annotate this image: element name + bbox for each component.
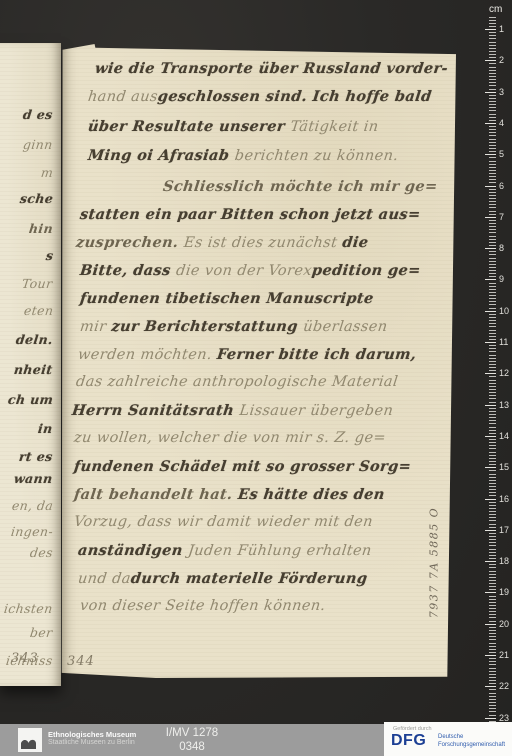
ruler-minor-tick — [489, 693, 496, 694]
ruler-minor-tick — [489, 517, 496, 518]
ruler-minor-tick — [489, 98, 496, 99]
ruler-minor-tick — [489, 42, 496, 43]
ruler-minor-tick — [489, 229, 496, 230]
ruler-minor-tick — [489, 176, 496, 177]
ruler-minor-tick — [489, 364, 496, 365]
dfg-funding-block: Gefördert durch DFG Deutsche Forschungsg… — [384, 722, 512, 756]
ruler-minor-tick — [489, 192, 496, 193]
ruler-minor-tick — [489, 596, 496, 597]
ruler-minor-tick — [489, 671, 496, 672]
ruler-minor-tick — [489, 182, 496, 183]
ruler-minor-tick — [489, 439, 496, 440]
manuscript-line: Schliesslich möchte ich mir ge= — [162, 178, 439, 195]
previous-page-text-fragment: deln. — [15, 332, 54, 347]
ruler-major-tick — [485, 92, 496, 93]
ruler-minor-tick — [489, 539, 496, 540]
ruler-minor-tick — [489, 392, 496, 393]
manuscript-line: zusprechen. Es ist dies zunächst die — [75, 234, 370, 251]
ruler-minor-tick — [489, 549, 496, 550]
previous-page-text-fragment: m — [40, 165, 54, 180]
ruler-tick-label: 7 — [499, 212, 512, 222]
manuscript-text-segment: über Resultate unserer — [87, 118, 291, 135]
ruler-minor-tick — [489, 317, 496, 318]
manuscript-text-segment: statten ein paar Bitten schon jetzt aus= — [79, 206, 422, 223]
ruler-minor-tick — [489, 586, 496, 587]
ruler-tick-label: 10 — [499, 306, 512, 316]
previous-page-text-fragment: ber — [30, 625, 54, 640]
manuscript-line: werden möchten. Ferner bitte ich darum, — [77, 346, 418, 363]
ruler-minor-tick — [489, 474, 496, 475]
ruler-minor-tick — [489, 448, 496, 449]
previous-page-text-fragment: wann — [13, 471, 53, 486]
manuscript-line: mir zur Berichterstattung überlassen — [79, 318, 389, 335]
ruler-minor-tick — [489, 232, 496, 233]
ruler-minor-tick — [489, 639, 496, 640]
ruler-minor-tick — [489, 495, 496, 496]
manuscript-text-segment: Schliesslich möchte ich mir ge= — [162, 178, 439, 195]
ruler-major-tick — [485, 561, 496, 562]
manuscript-line: hand ausgeschlossen sind. Ich hoffe bald — [87, 88, 433, 105]
ruler-minor-tick — [489, 483, 496, 484]
ruler-minor-tick — [489, 630, 496, 631]
previous-page-text-fragment: en, da — [11, 498, 54, 513]
ruler-minor-tick — [489, 132, 496, 133]
ruler-minor-tick — [489, 689, 496, 690]
ruler-minor-tick — [489, 170, 496, 171]
ruler-minor-tick — [489, 621, 496, 622]
ruler-minor-tick — [489, 455, 496, 456]
ruler-minor-tick — [489, 452, 496, 453]
ruler-major-tick — [485, 467, 496, 468]
ruler-tick-label: 3 — [499, 87, 512, 97]
previous-page-text-fragment: des — [29, 545, 54, 560]
ruler-major-tick — [485, 154, 496, 155]
previous-page-text-fragment: ingen- — [10, 524, 54, 539]
ruler-minor-tick — [489, 470, 496, 471]
ruler-minor-tick — [489, 533, 496, 534]
ruler-minor-tick — [489, 220, 496, 221]
dfg-logo: DFG — [391, 732, 426, 750]
ruler-minor-tick — [489, 292, 496, 293]
manuscript-text-segment: zu wollen, welcher die von mir s. Z. ge= — [73, 430, 387, 446]
ruler-minor-tick — [489, 461, 496, 462]
ruler-minor-tick — [489, 245, 496, 246]
ruler-major-tick — [485, 248, 496, 249]
ruler-minor-tick — [489, 408, 496, 409]
previous-page-edge: d esginnmschehinsTouretendeln.nheitch um… — [0, 43, 61, 686]
manuscript-text-segment: Es ist dies zunächst — [183, 235, 343, 251]
ruler-minor-tick — [489, 35, 496, 36]
manuscript-text-segment: Juden Fühlung erhalten — [187, 543, 373, 559]
previous-page-text-fragment: eten — [23, 303, 54, 318]
manuscript-text-segment: Es hätte dies den — [237, 486, 386, 503]
ruler-minor-tick — [489, 389, 496, 390]
ruler-minor-tick — [489, 376, 496, 377]
ruler-minor-tick — [489, 680, 496, 681]
ruler-minor-tick — [489, 420, 496, 421]
ruler-minor-tick — [489, 577, 496, 578]
manuscript-line: falt behandelt hat. Es hätte dies den — [73, 486, 386, 503]
manuscript-line: anständigen Juden Fühlung erhalten — [77, 542, 373, 559]
ruler-minor-tick — [489, 63, 496, 64]
ruler-minor-tick — [489, 223, 496, 224]
ruler-minor-tick — [489, 699, 496, 700]
ruler-minor-tick — [489, 505, 496, 506]
ruler-minor-tick — [489, 258, 496, 259]
manuscript-text-segment: von dieser Seite hoffen können. — [79, 598, 327, 614]
ruler-major-tick — [485, 60, 496, 61]
manuscript-text-segment: die — [341, 234, 369, 251]
ruler-minor-tick — [489, 383, 496, 384]
manuscript-text-segment: hand aus — [87, 89, 159, 105]
ruler-minor-tick — [489, 295, 496, 296]
manuscript-text-segment: durch materielle Förderung — [130, 570, 369, 587]
ruler-major-tick — [485, 718, 496, 719]
previous-page-text-fragment: Tour — [22, 276, 54, 291]
manuscript-text-segment: Vorzug, dass wir damit wieder mit den — [73, 514, 374, 530]
previous-page-text-fragment: hin — [28, 221, 54, 236]
ruler-minor-tick — [489, 702, 496, 703]
manuscript-text-segment: geschlossen sind. Ich hoffe bald — [157, 88, 433, 105]
ruler-minor-tick — [489, 254, 496, 255]
ruler-minor-tick — [489, 636, 496, 637]
ruler-tick-label: 4 — [499, 118, 512, 128]
ruler-tick-label: 19 — [499, 587, 512, 597]
ruler-minor-tick — [489, 161, 496, 162]
ruler-major-tick — [485, 405, 496, 406]
ruler-major-tick — [485, 592, 496, 593]
ruler-minor-tick — [489, 345, 496, 346]
ruler-minor-tick — [489, 348, 496, 349]
ruler-minor-tick — [489, 107, 496, 108]
ruler-minor-tick — [489, 167, 496, 168]
ruler-minor-tick — [489, 336, 496, 337]
ruler-minor-tick — [489, 273, 496, 274]
manuscript-line: fundenen tibetischen Manuscripte — [79, 290, 375, 307]
ruler-minor-tick — [489, 370, 496, 371]
ruler-minor-tick — [489, 536, 496, 537]
ruler-minor-tick — [489, 442, 496, 443]
dfg-name-line2: Forschungsgemeinschaft — [438, 742, 505, 748]
ruler-tick-label: 13 — [499, 400, 512, 410]
ruler-minor-tick — [489, 333, 496, 334]
manuscript-line: Herrn Sanitätsrath Lissauer übergeben — [71, 402, 394, 419]
manuscript-text-segment: Ming oi Afrasiab — [87, 147, 236, 164]
ruler-major-tick — [485, 373, 496, 374]
ruler-major-tick — [485, 279, 496, 280]
manuscript-line: und dadurch materielle Förderung — [77, 570, 369, 587]
ruler-minor-tick — [489, 351, 496, 352]
manuscript-line: statten ein paar Bitten schon jetzt aus= — [79, 206, 422, 223]
previous-page-text-fragment: ichsten — [3, 601, 54, 616]
ruler-minor-tick — [489, 633, 496, 634]
ruler-minor-tick — [489, 70, 496, 71]
ruler-minor-tick — [489, 326, 496, 327]
ruler-minor-tick — [489, 492, 496, 493]
ruler-minor-tick — [489, 696, 496, 697]
ruler-minor-tick — [489, 458, 496, 459]
ruler-tick-label: 8 — [499, 243, 512, 253]
ruler-tick-label: 11 — [499, 337, 512, 347]
ruler-minor-tick — [489, 38, 496, 39]
ruler-minor-tick — [489, 85, 496, 86]
ruler-minor-tick — [489, 270, 496, 271]
ruler-tick-label: 20 — [499, 619, 512, 629]
ruler-major-tick — [485, 655, 496, 656]
ruler-major-tick — [485, 530, 496, 531]
ruler-minor-tick — [489, 286, 496, 287]
ruler-minor-tick — [489, 151, 496, 152]
ruler-minor-tick — [489, 314, 496, 315]
ruler-minor-tick — [489, 599, 496, 600]
ruler-minor-tick — [489, 627, 496, 628]
ruler-minor-tick — [489, 48, 496, 49]
ruler-major-tick — [485, 624, 496, 625]
ruler-minor-tick — [489, 264, 496, 265]
manuscript-text-segment: Tätigkeit in — [289, 119, 379, 135]
ruler-minor-tick — [489, 45, 496, 46]
ruler-minor-tick — [489, 417, 496, 418]
ruler-minor-tick — [489, 298, 496, 299]
manuscript-text-segment: fundenen tibetischen Manuscripte — [79, 290, 375, 307]
ruler-tick-label: 2 — [499, 55, 512, 65]
manuscript-line: Vorzug, dass wir damit wieder mit den — [73, 514, 374, 530]
previous-page-text-fragment: rt es — [18, 449, 54, 464]
ruler-minor-tick — [489, 276, 496, 277]
dfg-name-line1: Deutsche — [438, 734, 463, 740]
ruler-minor-tick — [489, 527, 496, 528]
ruler-minor-tick — [489, 145, 496, 146]
ruler-minor-tick — [489, 126, 496, 127]
previous-page-text-fragment: sche — [19, 191, 54, 206]
manuscript-line: Bitte, dass die von der Vorexpedition ge… — [79, 262, 422, 279]
ruler-tick-label: 6 — [499, 181, 512, 191]
ruler-major-tick — [485, 499, 496, 500]
ruler-minor-tick — [489, 564, 496, 565]
manuscript-line: von dieser Seite hoffen können. — [79, 598, 327, 614]
ruler-minor-tick — [489, 552, 496, 553]
ruler-minor-tick — [489, 486, 496, 487]
ruler-minor-tick — [489, 89, 496, 90]
manuscript-text-segment: fundenen Schädel mit so grosser Sorg= — [73, 458, 412, 475]
ruler-minor-tick — [489, 17, 496, 18]
ruler-tick-label: 22 — [499, 681, 512, 691]
manuscript-text-segment: Bitte, dass — [79, 262, 177, 279]
ruler-minor-tick — [489, 304, 496, 305]
ruler-minor-tick — [489, 395, 496, 396]
ruler-minor-tick — [489, 54, 496, 55]
manuscript-line: das zahlreiche anthropologische Material — [75, 374, 399, 390]
previous-page-text-fragment: d es — [22, 107, 54, 122]
manuscript-text-segment: Herrn Sanitätsrath — [71, 402, 241, 419]
manuscript-text-segment: berichten zu können. — [234, 148, 400, 164]
ruler-minor-tick — [489, 661, 496, 662]
ruler-minor-tick — [489, 674, 496, 675]
ruler-minor-tick — [489, 445, 496, 446]
ruler-minor-tick — [489, 677, 496, 678]
ruler-minor-tick — [489, 402, 496, 403]
ruler-tick-label: 17 — [499, 525, 512, 535]
manuscript-page: wie die Transporte über Russland vorder-… — [61, 44, 456, 678]
ruler-minor-tick — [489, 411, 496, 412]
ruler-unit-label: cm — [489, 4, 502, 15]
ruler-minor-tick — [489, 414, 496, 415]
manuscript-line: über Resultate unserer Tätigkeit in — [87, 118, 380, 135]
ruler-minor-tick — [489, 398, 496, 399]
ruler-minor-tick — [489, 195, 496, 196]
ruler-minor-tick — [489, 646, 496, 647]
ruler-minor-tick — [489, 358, 496, 359]
ruler-minor-tick — [489, 668, 496, 669]
ruler-minor-tick — [489, 179, 496, 180]
ruler-minor-tick — [489, 23, 496, 24]
ruler-tick-label: 21 — [499, 650, 512, 660]
ruler-minor-tick — [489, 567, 496, 568]
ruler-minor-tick — [489, 79, 496, 80]
page-number-main: 344 — [67, 654, 95, 669]
ruler-minor-tick — [489, 57, 496, 58]
ruler-tick-label: 12 — [499, 368, 512, 378]
ruler-minor-tick — [489, 32, 496, 33]
ruler-minor-tick — [489, 614, 496, 615]
ruler-minor-tick — [489, 574, 496, 575]
ruler-minor-tick — [489, 201, 496, 202]
ruler-minor-tick — [489, 142, 496, 143]
ruler: cm 1234567891011121314151617181920212223 — [480, 0, 512, 724]
ruler-minor-tick — [489, 117, 496, 118]
ruler-minor-tick — [489, 611, 496, 612]
manuscript-text-segment: wie die Transporte über Russland vorder- — [94, 60, 449, 77]
ruler-minor-tick — [489, 139, 496, 140]
ruler-minor-tick — [489, 67, 496, 68]
ruler-minor-tick — [489, 283, 496, 284]
ruler-minor-tick — [489, 51, 496, 52]
ruler-minor-tick — [489, 320, 496, 321]
ruler-minor-tick — [489, 135, 496, 136]
ruler-minor-tick — [489, 207, 496, 208]
ruler-tick-label: 5 — [499, 149, 512, 159]
manuscript-line: zu wollen, welcher die von mir s. Z. ge= — [73, 430, 387, 446]
ruler-minor-tick — [489, 308, 496, 309]
ruler-minor-tick — [489, 148, 496, 149]
ruler-minor-tick — [489, 251, 496, 252]
ruler-minor-tick — [489, 214, 496, 215]
ruler-minor-tick — [489, 580, 496, 581]
manuscript-text-segment: zusprechen. — [75, 234, 185, 251]
ruler-minor-tick — [489, 649, 496, 650]
manuscript-line: fundenen Schädel mit so grosser Sorg= — [73, 458, 412, 475]
ruler-minor-tick — [489, 664, 496, 665]
previous-page-text-fragment: ch um — [7, 392, 54, 407]
ruler-minor-tick — [489, 157, 496, 158]
ruler-minor-tick — [489, 204, 496, 205]
ruler-minor-tick — [489, 652, 496, 653]
ruler-minor-tick — [489, 242, 496, 243]
ruler-minor-tick — [489, 323, 496, 324]
previous-page-text-fragment: in — [37, 421, 53, 436]
ruler-minor-tick — [489, 114, 496, 115]
ruler-minor-tick — [489, 545, 496, 546]
ruler-minor-tick — [489, 82, 496, 83]
ruler-minor-tick — [489, 571, 496, 572]
ruler-minor-tick — [489, 95, 496, 96]
ruler-major-tick — [485, 123, 496, 124]
manuscript-text-segment: falt behandelt hat. — [73, 486, 239, 503]
ruler-minor-tick — [489, 555, 496, 556]
manuscript-text-segment: das zahlreiche anthropologische Material — [75, 374, 399, 390]
ruler-tick-label: 9 — [499, 274, 512, 284]
ruler-minor-tick — [489, 330, 496, 331]
ruler-minor-tick — [489, 583, 496, 584]
ruler-minor-tick — [489, 73, 496, 74]
ruler-minor-tick — [489, 189, 496, 190]
ruler-minor-tick — [489, 480, 496, 481]
ruler-minor-tick — [489, 198, 496, 199]
ruler-minor-tick — [489, 76, 496, 77]
image-number: 0348 — [0, 741, 384, 753]
ruler-minor-tick — [489, 514, 496, 515]
ruler-major-tick — [485, 342, 496, 343]
previous-page-text-fragment: nheit — [13, 362, 53, 377]
manuscript-text-segment: die von der Vorex — [175, 263, 313, 279]
ruler-minor-tick — [489, 423, 496, 424]
ruler-minor-tick — [489, 658, 496, 659]
ruler-minor-tick — [489, 226, 496, 227]
ruler-tick-label: 16 — [499, 494, 512, 504]
manuscript-text-segment: Lissauer übergeben — [239, 403, 395, 419]
ruler-minor-tick — [489, 683, 496, 684]
ruler-minor-tick — [489, 211, 496, 212]
ruler-minor-tick — [489, 261, 496, 262]
manuscript-text-segment: überlassen — [302, 319, 388, 335]
ruler-major-tick — [485, 186, 496, 187]
ruler-minor-tick — [489, 520, 496, 521]
ruler-minor-tick — [489, 101, 496, 102]
ruler-minor-tick — [489, 489, 496, 490]
ruler-minor-tick — [489, 110, 496, 111]
archive-number-note: 7937 7A 5885 O — [428, 478, 441, 648]
ruler-tick-label: 18 — [499, 556, 512, 566]
ruler-minor-tick — [489, 164, 496, 165]
ruler-minor-tick — [489, 617, 496, 618]
ruler-minor-tick — [489, 508, 496, 509]
ruler-minor-tick — [489, 367, 496, 368]
manuscript-text-segment: und da — [77, 571, 132, 587]
ruler-minor-tick — [489, 355, 496, 356]
ruler-minor-tick — [489, 120, 496, 121]
ruler-minor-tick — [489, 289, 496, 290]
ruler-minor-tick — [489, 427, 496, 428]
ruler-minor-tick — [489, 267, 496, 268]
inventory-number: I/MV 1278 — [0, 727, 384, 739]
ruler-minor-tick — [489, 589, 496, 590]
ruler-minor-tick — [489, 339, 496, 340]
ruler-minor-tick — [489, 605, 496, 606]
manuscript-text-segment: pedition ge= — [311, 262, 422, 279]
manuscript-text-segment: werden möchten. — [77, 347, 218, 363]
previous-page-text-fragment: ginn — [22, 137, 54, 152]
ruler-minor-tick — [489, 20, 496, 21]
manuscript-text-segment: Ferner bitte ich darum, — [216, 346, 417, 363]
ruler-minor-tick — [489, 705, 496, 706]
ruler-minor-tick — [489, 380, 496, 381]
ruler-minor-tick — [489, 511, 496, 512]
manuscript-text-segment: anständigen — [77, 542, 189, 559]
ruler-minor-tick — [489, 715, 496, 716]
ruler-major-tick — [485, 436, 496, 437]
page-number-left: 343 — [11, 651, 39, 666]
ruler-tick-label: 1 — [499, 24, 512, 34]
